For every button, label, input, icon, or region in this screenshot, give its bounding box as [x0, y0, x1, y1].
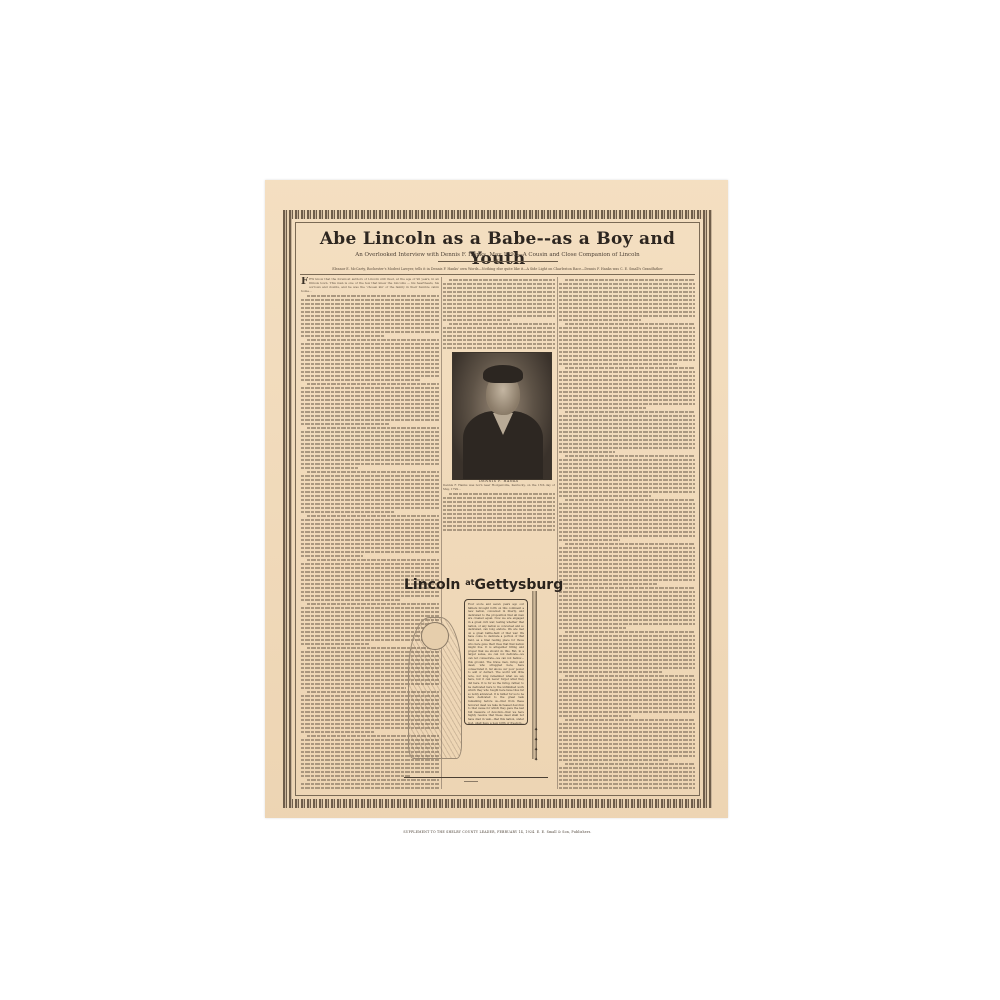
text-line — [559, 531, 695, 533]
text-line — [301, 411, 439, 413]
text-line — [565, 631, 695, 633]
text-line — [559, 591, 695, 593]
text-line — [559, 759, 668, 761]
text-line — [559, 727, 695, 729]
text-line — [559, 707, 695, 709]
text-line — [443, 319, 510, 321]
text-line — [559, 515, 695, 517]
text-line — [559, 395, 695, 397]
text-line — [559, 575, 695, 577]
text-line — [301, 355, 439, 357]
text-line — [443, 295, 555, 297]
text-line — [559, 407, 646, 409]
text-line — [301, 511, 395, 513]
text-line — [559, 383, 695, 385]
portrait-description-text: Dennis F. Hanks was born near Hodgenvill… — [443, 483, 555, 491]
text-line — [301, 435, 439, 437]
text-line — [559, 443, 695, 445]
text-line — [559, 679, 695, 681]
text-line — [559, 747, 695, 749]
text-line — [559, 683, 695, 685]
text-line — [301, 319, 439, 321]
text-line — [559, 475, 695, 477]
text-line — [301, 547, 439, 549]
text-line — [559, 507, 695, 509]
text-line — [559, 671, 662, 673]
text-line — [559, 767, 695, 769]
text-line — [559, 347, 695, 349]
text-line — [443, 525, 555, 527]
text-line — [559, 375, 695, 377]
article-column-3 — [559, 277, 695, 789]
text-line — [559, 619, 695, 621]
text-line — [559, 623, 695, 625]
text-line — [565, 279, 695, 281]
text-line — [559, 503, 695, 505]
text-line — [301, 407, 439, 409]
text-line — [559, 599, 695, 601]
text-line — [565, 543, 695, 545]
text-line — [301, 499, 439, 501]
text-line — [307, 295, 439, 297]
text-line — [559, 359, 695, 361]
text-line — [559, 415, 695, 417]
text-line — [559, 287, 695, 289]
text-line — [301, 359, 439, 361]
text-line — [443, 347, 555, 349]
text-line — [559, 479, 695, 481]
text-line — [301, 483, 439, 485]
text-line — [559, 611, 695, 613]
text-line — [559, 539, 620, 541]
text-line — [301, 487, 439, 489]
text-line — [301, 423, 389, 425]
text-line — [449, 493, 555, 495]
gettysburg-illustration: Four score and seven years ago our fathe… — [404, 597, 532, 777]
text-line — [301, 323, 439, 325]
text-line — [565, 455, 695, 457]
text-line — [301, 535, 439, 537]
text-line — [559, 427, 695, 429]
text-line — [559, 775, 695, 777]
header-rule — [300, 274, 695, 275]
text-line — [559, 335, 695, 337]
text-line — [443, 299, 555, 301]
gettysburg-short-rule — [464, 781, 478, 782]
text-line — [559, 319, 641, 321]
text-line — [559, 327, 695, 329]
text-line — [559, 363, 677, 365]
text-line — [301, 399, 439, 401]
text-line — [559, 527, 695, 529]
text-line — [559, 387, 695, 389]
text-line — [559, 439, 695, 441]
text-line — [307, 471, 439, 473]
text-line — [301, 431, 439, 433]
gettysburg-rule — [404, 777, 548, 778]
text-line — [559, 391, 695, 393]
text-line — [443, 311, 555, 313]
text-line — [301, 563, 439, 565]
text-line — [301, 391, 439, 393]
text-line — [443, 335, 555, 337]
star-icons: ✦ ✦ ✦ ✦ — [534, 725, 538, 765]
text-line — [559, 487, 695, 489]
text-line — [565, 763, 695, 765]
text-line — [559, 607, 695, 609]
footer-imprint: SUPPLEMENT TO THE SHELBY COUNTY LEADER, … — [298, 830, 697, 834]
text-line — [559, 563, 695, 565]
text-line — [301, 523, 439, 525]
text-line — [559, 663, 695, 665]
text-line — [301, 331, 439, 333]
text-line — [559, 735, 695, 737]
text-line — [301, 531, 439, 533]
text-line — [301, 543, 439, 545]
text-line — [443, 513, 555, 515]
text-line — [559, 687, 695, 689]
article-intro: EW know that the foremost authors of Lin… — [301, 277, 439, 293]
text-line — [307, 559, 439, 561]
text-line — [559, 523, 695, 525]
text-line — [301, 555, 363, 557]
text-line — [565, 411, 695, 413]
text-line — [559, 571, 695, 573]
byline: Eleanor E. McCarty, Rochester's Modest L… — [298, 267, 697, 271]
text-line — [559, 403, 695, 405]
text-line — [301, 395, 439, 397]
text-line — [301, 347, 439, 349]
text-line — [559, 651, 695, 653]
lincoln-figure-illustration — [408, 617, 462, 759]
text-line — [301, 463, 439, 465]
text-line — [565, 675, 695, 677]
gettysburg-heading-gettysburg: Gettysburg — [474, 577, 563, 593]
text-line — [301, 351, 439, 353]
text-line — [559, 535, 695, 537]
text-line — [307, 427, 439, 429]
text-line — [443, 283, 555, 285]
text-line — [443, 307, 555, 309]
text-line — [443, 315, 555, 317]
text-line — [559, 331, 695, 333]
text-line — [443, 303, 555, 305]
portrait-description: Dennis F. Hanks was born near Hodgenvill… — [443, 483, 555, 533]
text-line — [301, 507, 439, 509]
text-line — [301, 519, 439, 521]
text-line — [301, 335, 384, 337]
text-line — [559, 343, 695, 345]
text-line — [559, 355, 695, 357]
page-content: Abe Lincoln as a Babe--as a Boy and Yout… — [298, 225, 697, 793]
text-line — [559, 711, 695, 713]
text-line — [559, 627, 626, 629]
text-line — [559, 547, 695, 549]
text-line — [449, 279, 555, 281]
text-line — [559, 431, 695, 433]
text-line — [559, 779, 695, 781]
text-line — [301, 375, 439, 377]
newspaper-page: Abe Lincoln as a Babe--as a Boy and Yout… — [265, 180, 728, 818]
text-line — [301, 299, 439, 301]
text-line — [559, 771, 695, 773]
text-line — [559, 295, 695, 297]
ornament-divider: ❦ — [438, 261, 558, 266]
text-lines — [559, 279, 695, 789]
text-line — [559, 555, 695, 557]
text-line — [559, 723, 695, 725]
text-line — [443, 521, 555, 523]
text-line — [559, 643, 695, 645]
text-line — [301, 447, 439, 449]
text-line — [559, 463, 695, 465]
text-line — [559, 483, 695, 485]
text-line — [301, 311, 439, 313]
text-line — [559, 635, 695, 637]
text-line — [301, 419, 439, 421]
text-line — [301, 503, 439, 505]
text-line — [443, 339, 555, 341]
text-line — [559, 423, 695, 425]
column-rule — [557, 277, 558, 789]
text-line — [559, 419, 695, 421]
text-line — [559, 447, 695, 449]
text-line — [559, 739, 695, 741]
text-line — [443, 497, 555, 499]
text-line — [559, 451, 615, 453]
text-line — [301, 451, 439, 453]
text-line — [559, 567, 695, 569]
text-line — [559, 603, 695, 605]
text-line — [301, 343, 439, 345]
text-line — [301, 363, 439, 365]
text-line — [559, 303, 695, 305]
text-line — [559, 659, 695, 661]
text-line — [301, 491, 439, 493]
text-line — [443, 501, 555, 503]
text-line — [301, 403, 439, 405]
text-line — [565, 719, 695, 721]
text-line — [301, 687, 406, 689]
text-line — [301, 731, 374, 733]
text-line — [559, 615, 695, 617]
text-line — [559, 595, 695, 597]
text-line — [559, 435, 695, 437]
text-line — [443, 343, 555, 345]
text-line — [301, 371, 439, 373]
text-line — [559, 339, 695, 341]
article-column-2-top — [443, 277, 555, 350]
text-line — [559, 511, 695, 513]
text-line — [307, 515, 439, 517]
drop-cap: F — [301, 277, 308, 286]
text-line — [301, 439, 439, 441]
text-line — [301, 415, 439, 417]
gettysburg-address-box: Four score and seven years ago our fathe… — [464, 599, 528, 725]
text-line — [301, 643, 369, 645]
text-line — [559, 551, 695, 553]
text-line — [301, 495, 439, 497]
text-line — [559, 639, 695, 641]
text-line — [301, 315, 439, 317]
text-line — [559, 495, 651, 497]
text-line — [565, 367, 695, 369]
text-line — [559, 459, 695, 461]
text-line — [559, 559, 695, 561]
lincoln-head-illustration — [421, 622, 449, 650]
text-line — [559, 283, 695, 285]
text-line — [559, 467, 695, 469]
portrait-photo — [452, 352, 552, 480]
text-line — [559, 787, 695, 789]
text-line — [443, 287, 555, 289]
text-line — [559, 579, 695, 581]
text-line — [301, 467, 358, 469]
text-line — [559, 291, 695, 293]
text-line — [559, 379, 695, 381]
text-line — [449, 323, 555, 325]
text-line — [559, 691, 695, 693]
text-line — [443, 505, 555, 507]
text-line — [559, 583, 657, 585]
text-line — [559, 751, 695, 753]
text-line — [559, 311, 695, 313]
text-line — [301, 379, 421, 381]
portrait-hair — [483, 365, 523, 383]
text-line — [559, 647, 695, 649]
fleuron-icon: ❦ — [494, 258, 499, 265]
text-line — [301, 475, 439, 477]
text-line — [307, 779, 439, 781]
text-line — [301, 307, 439, 309]
text-line — [559, 743, 695, 745]
text-line — [443, 517, 555, 519]
text-line — [301, 367, 439, 369]
text-line — [443, 327, 555, 329]
text-line — [301, 783, 439, 785]
text-line — [301, 775, 411, 777]
text-line — [301, 527, 439, 529]
text-line — [301, 327, 439, 329]
text-line — [559, 399, 695, 401]
text-line — [559, 699, 695, 701]
text-line — [565, 587, 695, 589]
text-lines — [443, 279, 555, 350]
gettysburg-heading-lincoln: Lincoln — [404, 577, 460, 593]
text-line — [301, 479, 439, 481]
text-line — [559, 491, 695, 493]
text-line — [301, 539, 439, 541]
text-line — [559, 471, 695, 473]
text-line — [443, 291, 555, 293]
text-line — [301, 387, 439, 389]
text-line — [565, 499, 695, 501]
text-line — [559, 667, 695, 669]
text-line — [301, 443, 439, 445]
text-line — [301, 567, 439, 569]
text-line — [559, 371, 695, 373]
text-line — [559, 299, 695, 301]
text-line — [301, 571, 439, 573]
text-lines — [443, 493, 555, 533]
text-line — [301, 551, 439, 553]
text-line — [559, 351, 695, 353]
text-line — [559, 519, 695, 521]
text-line — [559, 755, 695, 757]
text-line — [301, 599, 400, 601]
text-line — [559, 703, 695, 705]
text-line — [559, 715, 631, 717]
text-line — [301, 455, 439, 457]
text-line — [301, 459, 439, 461]
text-line — [443, 529, 555, 531]
text-line — [559, 695, 695, 697]
text-line — [301, 787, 439, 789]
text-line — [559, 655, 695, 657]
text-line — [559, 315, 695, 317]
text-line — [559, 783, 695, 785]
text-line — [307, 339, 439, 341]
text-line — [565, 323, 695, 325]
text-line — [443, 331, 555, 333]
text-line — [559, 731, 695, 733]
text-line — [301, 303, 439, 305]
text-line — [443, 509, 555, 511]
text-line — [307, 383, 439, 385]
gettysburg-heading: Lincoln atGettysburg — [404, 577, 563, 593]
text-line — [559, 307, 695, 309]
